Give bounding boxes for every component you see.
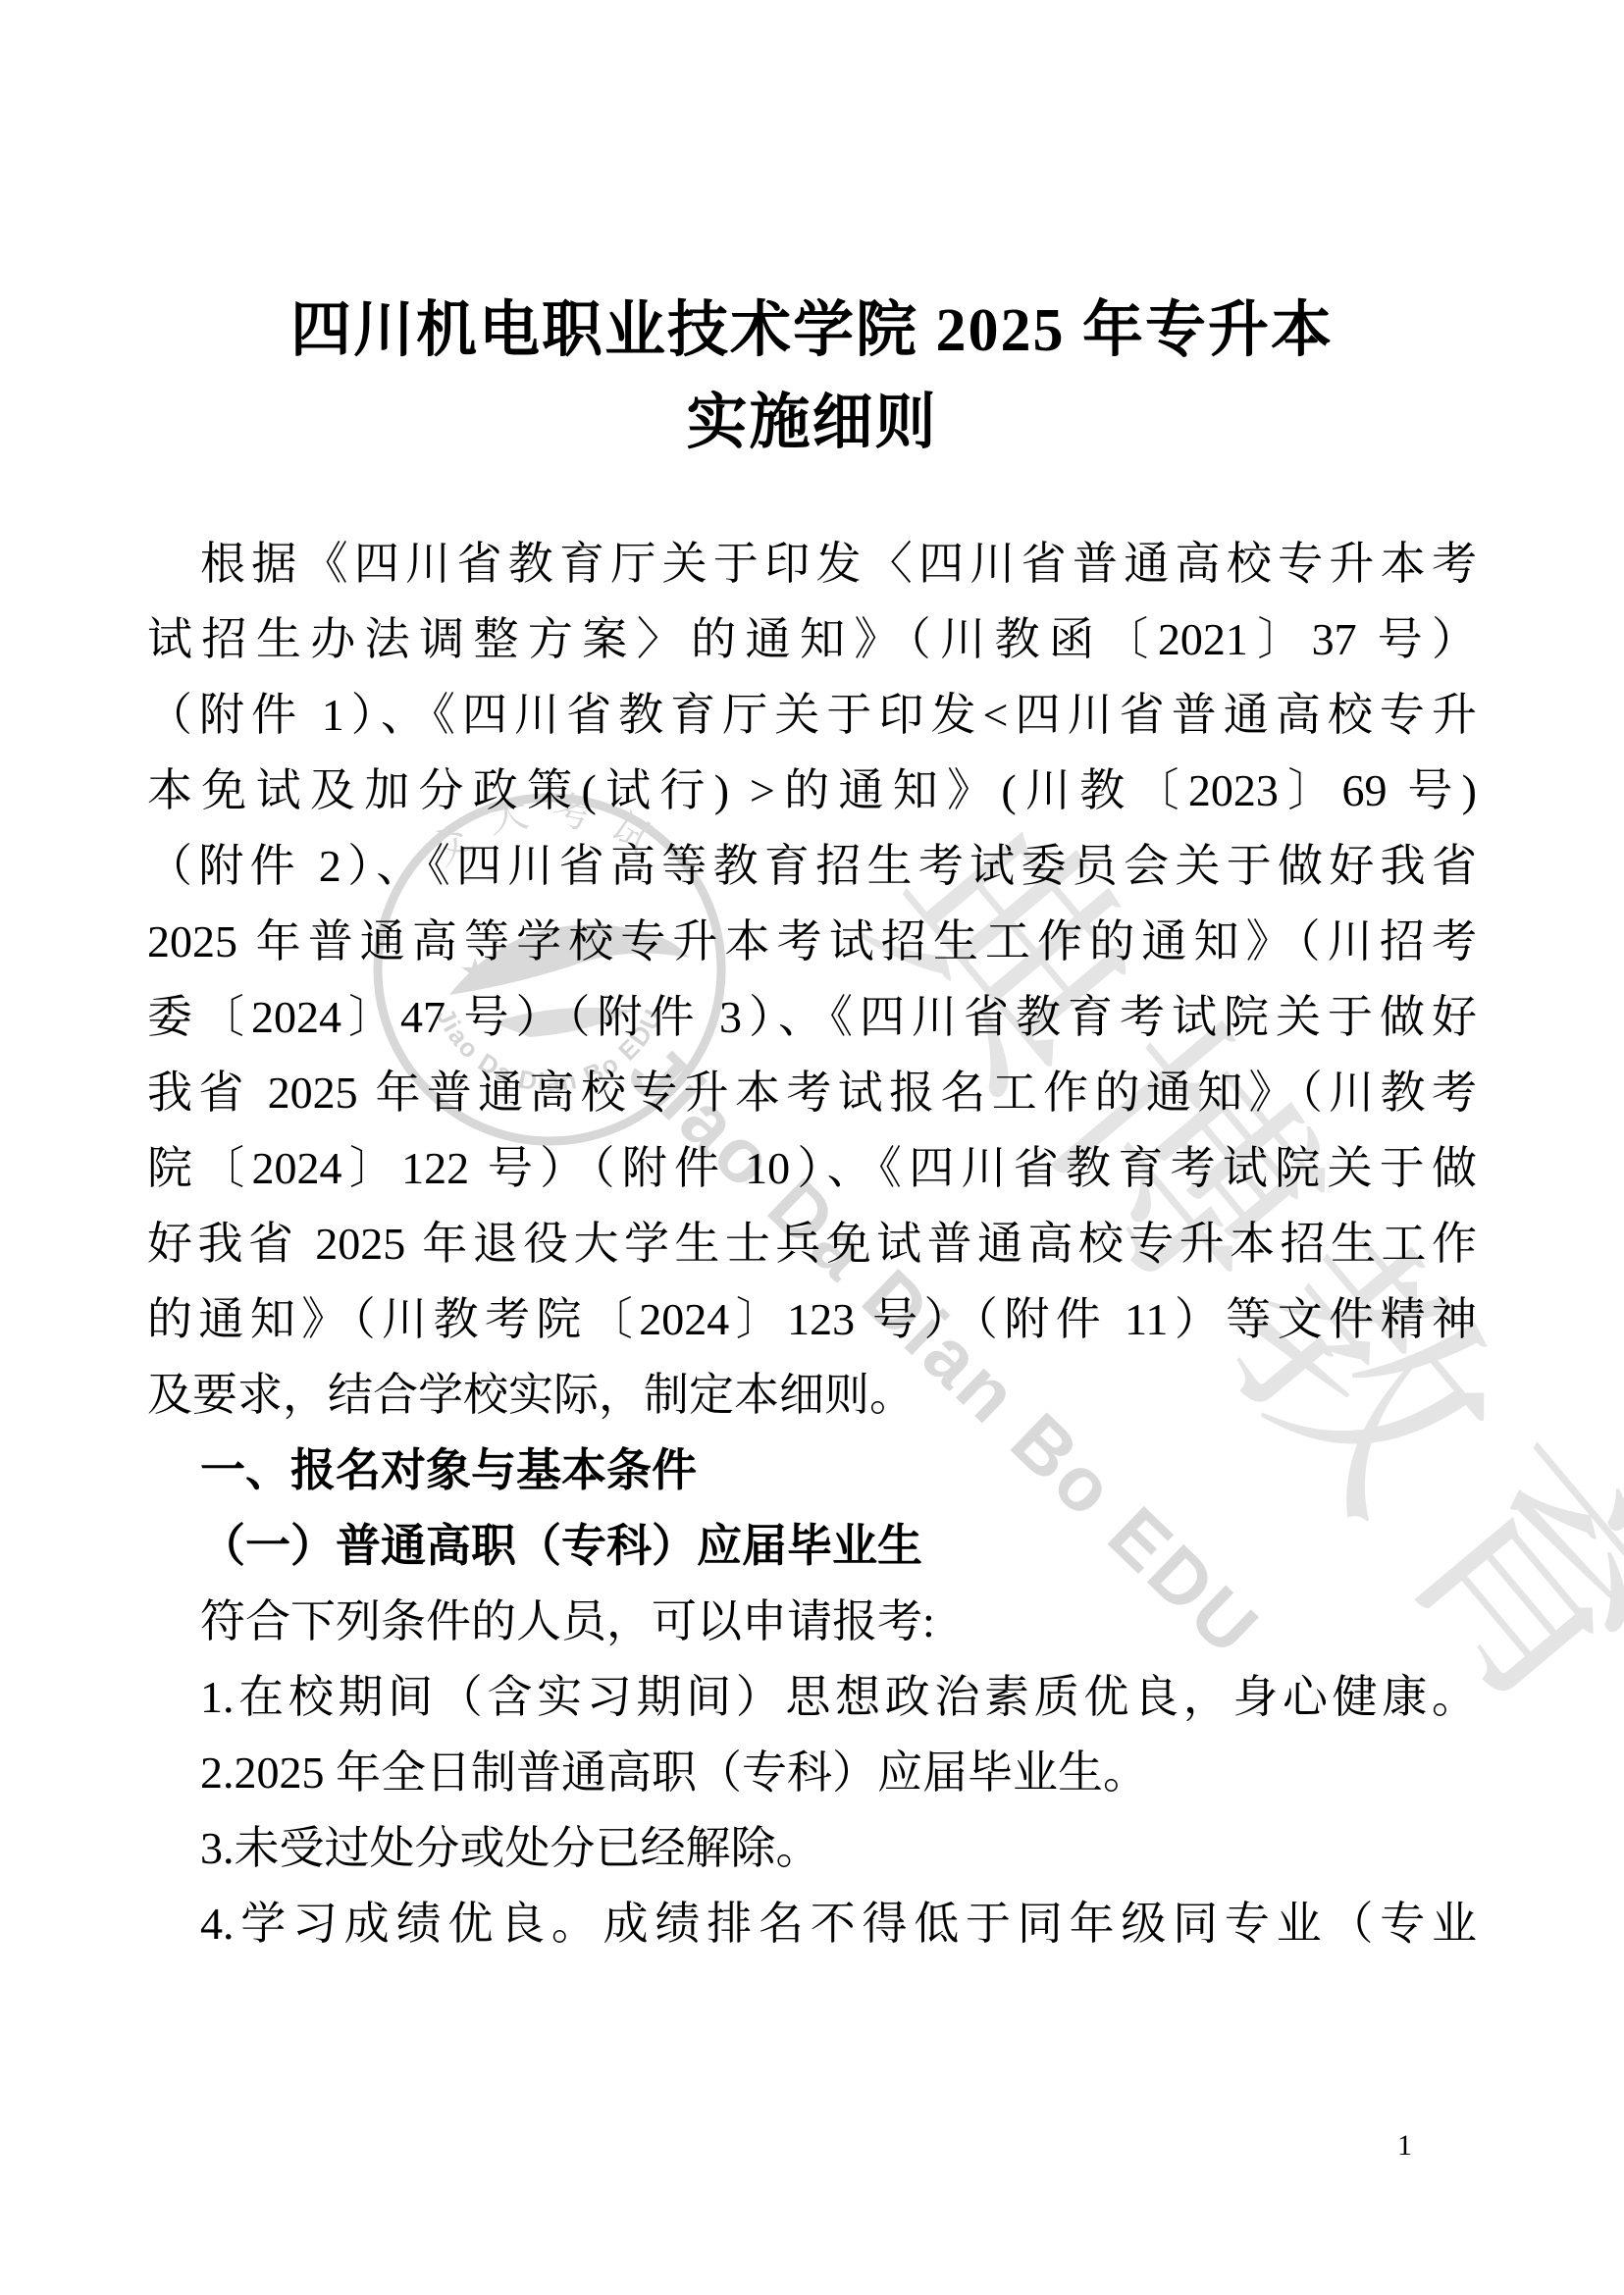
section-heading: 一、报名对象与基本条件 (147, 1433, 1477, 1508)
intro-line: 符合下列条件的人员，可以申请报考: (147, 1584, 1477, 1659)
paragraph-line: （附件 2）、《四川省高等教育招生考试委员会关于做好我省 (147, 828, 1477, 904)
page-number: 1 (1397, 2125, 1412, 2166)
paragraph-line: 委〔2024〕47 号）（附件 3）、《四川省教育考试院关于做好 (147, 979, 1477, 1055)
title-line-1: 四川机电职业技术学院 2025 年专升本 (0, 285, 1624, 377)
document-title: 四川机电职业技术学院 2025 年专升本 实施细则 (0, 285, 1624, 469)
paragraph-line: 好我省 2025 年退役大学生士兵免试普通高校专升本招生工作 (147, 1206, 1477, 1281)
list-item: 3.未受过处分或处分已经解除。 (147, 1810, 1477, 1886)
paragraph-line: 根据《四川省教育厅关于印发〈四川省普通高校专升本考 (147, 526, 1477, 601)
paragraph-line: 院〔2024〕122 号）（附件 10）、《四川省教育考试院关于做 (147, 1130, 1477, 1206)
list-item: 4.学习成绩优良。成绩排名不得低于同年级同专业（专业 (147, 1886, 1477, 1961)
document-page: 交大考试 Jiao Da Dian Bo EDU ★ 典博教育 Jiao Da … (0, 0, 1624, 2295)
paragraph-line: 本免试及加分政策(试行) >的通知》(川教〔2023〕69 号) (147, 753, 1477, 828)
subsection-heading: （一）普通高职（专科）应届毕业生 (147, 1508, 1477, 1584)
paragraph-line: 2025 年普通高等学校专升本考试招生工作的通知》（川招考 (147, 904, 1477, 979)
title-line-2: 实施细则 (0, 377, 1624, 469)
paragraph-line: 我省 2025 年普通高校专升本考试报名工作的通知》（川教考 (147, 1055, 1477, 1130)
paragraph-line: 试招生办法调整方案〉的通知》（川教函〔2021〕37 号） (147, 601, 1477, 677)
paragraph-line: 的通知》（川教考院〔2024〕123 号）（附件 11）等文件精神 (147, 1281, 1477, 1357)
paragraph-line: 及要求，结合学校实际，制定本细则。 (147, 1357, 1477, 1433)
list-item: 1.在校期间（含实习期间）思想政治素质优良，身心健康。 (147, 1659, 1477, 1735)
paragraph-line: （附件 1）、《四川省教育厅关于印发<四川省普通高校专升 (147, 677, 1477, 753)
list-item: 2.2025 年全日制普通高职（专科）应届毕业生。 (147, 1735, 1477, 1810)
document-body: 根据《四川省教育厅关于印发〈四川省普通高校专升本考 试招生办法调整方案〉的通知》… (147, 526, 1477, 1961)
